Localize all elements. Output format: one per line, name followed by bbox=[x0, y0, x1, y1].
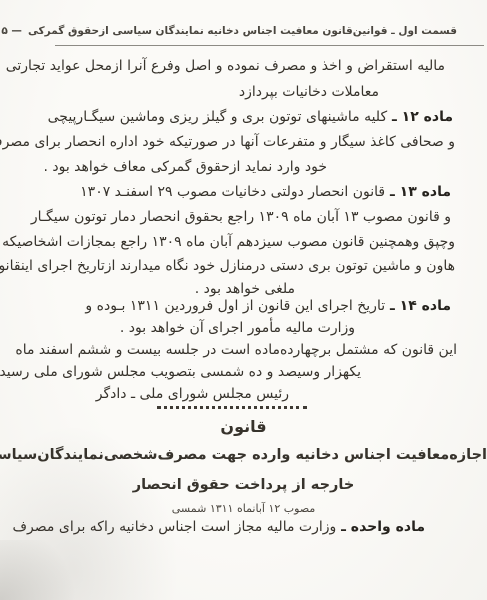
scanned-law-page: قسمت اول ـ قوانین قانون معافیت اجناس دخا… bbox=[0, 0, 487, 600]
law1-line-5: خود وارد نماید ازحقوق گمرکی معاف خواهد ب… bbox=[43, 159, 327, 177]
header-rule bbox=[55, 45, 484, 46]
law1-line-10: ملغی خواهد بود . bbox=[195, 281, 295, 299]
article-14-label: ماده ۱۴ ـ bbox=[385, 298, 451, 314]
article-13-label: ماده ۱۳ ـ bbox=[385, 184, 451, 200]
header-section-label: قسمت اول ـ قوانین bbox=[353, 25, 457, 37]
law2-approval-note: مصوب ۱۲ آبانماه ۱۳۱۱ شمسی bbox=[0, 502, 487, 516]
law2-single-article-line: ماده واحده ـ وزارت مالیه مجاز است اجناس … bbox=[13, 519, 425, 537]
law1-line-12: وزارت مالیه مأمور اجرای آن خواهد بود . bbox=[120, 320, 355, 338]
law1-line-13: این قانون که مشتمل برچهارده‌ماده است در … bbox=[15, 342, 457, 360]
law1-article-12-line: ماده ۱۲ ـ کلیه ماشینهای توتون بری و گیلز… bbox=[48, 109, 453, 127]
page-curl-shadow bbox=[0, 540, 90, 600]
law1-article-13-line: ماده ۱۳ ـ قانون انحصار دولتی دخانیات مصو… bbox=[80, 184, 451, 202]
single-article-label: ماده واحده ـ bbox=[336, 519, 425, 535]
article-12-label: ماده ۱۲ ـ bbox=[387, 109, 453, 125]
law2-heading: قانون bbox=[0, 417, 487, 437]
header-page-number: — ۲۱۵ — bbox=[0, 25, 22, 37]
law1-signature-line: رئیس مجلس شورای ملی ـ دادگر bbox=[96, 386, 289, 404]
law1-line-9: هاون و ماشین توتون بری دستی درمنازل خود … bbox=[0, 258, 455, 276]
law1-article-14-line: ماده ۱۴ ـ تاریخ اجرای این قانون از اول ف… bbox=[85, 298, 451, 316]
page-header: قسمت اول ـ قوانین قانون معافیت اجناس دخا… bbox=[38, 25, 457, 37]
law2-title-line-2: خارجه از پرداخت حقوق انحصار bbox=[0, 476, 487, 494]
law1-line-14: یکهزار وسیصد و ده شمسی بتصویب مجلس شورای… bbox=[0, 364, 361, 382]
law1-line-2: معاملات دخانیات بپردازد bbox=[239, 84, 379, 102]
header-title-group: قانون معافیت اجناس دخانیه نمایندگان سیاس… bbox=[0, 25, 353, 37]
law2-title-line-1: اجازه‌معافیت اجناس دخانیه وارده جهت مصرف… bbox=[0, 446, 487, 464]
dotted-separator bbox=[157, 406, 307, 409]
law1-line-7: و قانون مصوب ۱۳ آبان ماه ۱۳۰۹ راجع بحقوق… bbox=[31, 209, 451, 227]
law1-line-8: وچپق وهمچنین قانون مصوب سیزدهم آبان ماه … bbox=[2, 234, 455, 252]
law1-line-4: و صحافی کاغذ سیگار و متفرعات آنها در صور… bbox=[0, 134, 455, 152]
law1-line-1: مالیه استقراض و اخذ و مصرف نموده و اصل و… bbox=[0, 58, 445, 76]
header-running-title: قانون معافیت اجناس دخانیه نمایندگان سیاس… bbox=[28, 25, 353, 37]
